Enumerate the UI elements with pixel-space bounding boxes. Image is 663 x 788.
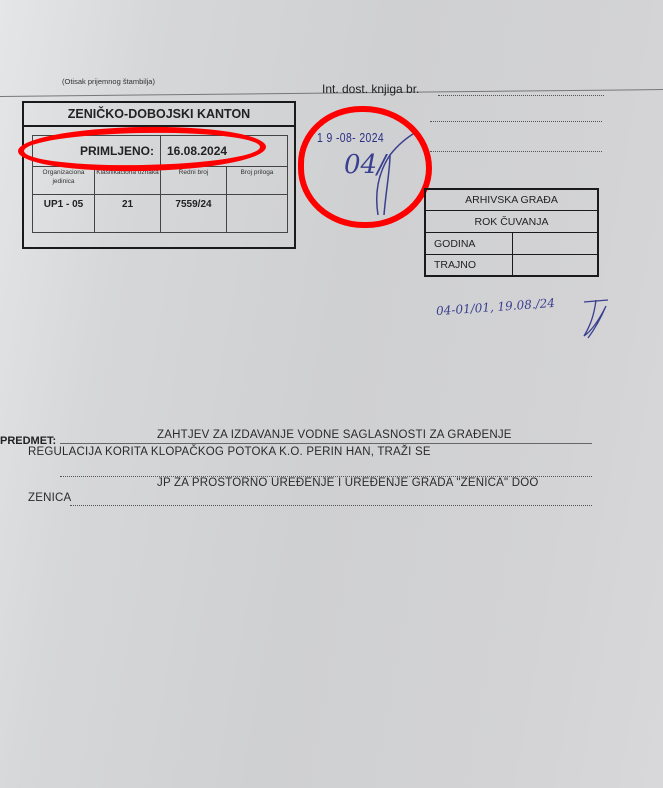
archive-row-label: GODINA — [434, 233, 475, 255]
stamp-column: Organizaciona jedinica UP1 - 05 — [33, 166, 95, 233]
column-value: 7559/24 — [161, 195, 226, 210]
stamp-column: Broj priloga — [227, 166, 287, 233]
handwritten-note: 04-01/01, 19.08./24 — [436, 296, 556, 318]
blank-line-2 — [430, 151, 602, 152]
receipt-stamp: ZENIČKO-DOBOJSKI KANTON PRIMLJENO: 16.08… — [22, 101, 296, 249]
stamp-column: Redni broj 7559/24 — [161, 166, 227, 233]
column-header: Broj priloga — [227, 166, 287, 195]
subject-line-4: ZENICA — [28, 492, 71, 504]
column-header: Redni broj — [161, 166, 226, 195]
subject-underline-3 — [70, 505, 592, 506]
subject-line-2: REGULACIJA KORITA KLOPAČKOG POTOKA K.O. … — [28, 446, 431, 458]
archive-row-trajno: TRAJNO — [426, 255, 597, 275]
int-dost-field — [438, 95, 604, 96]
subject-line-1: ZAHTJEV ZA IZDAVANJE VODNE SAGLASNOSTI Z… — [157, 429, 512, 441]
stamp-title: ZENIČKO-DOBOJSKI KANTON — [24, 103, 294, 127]
initials-signature-icon — [578, 296, 614, 342]
column-value — [227, 195, 287, 199]
archive-box: ARHIVSKA GRAĐA ROK ČUVANJA GODINA TRAJNO — [424, 188, 599, 277]
red-highlight-stamp — [298, 106, 432, 228]
subject-line-3: JP ZA PROSTORNO UREĐENJE I UREĐENJE GRAD… — [157, 477, 539, 489]
stamp-column: Klasifikaciona oznaka 21 — [95, 166, 161, 233]
archive-row-godina: GODINA — [426, 233, 597, 255]
subject-underline-1 — [60, 443, 592, 444]
int-dost-label: Int. dost. knjiga br. — [322, 82, 419, 96]
column-value: 21 — [95, 195, 160, 210]
archive-row-label: TRAJNO — [434, 255, 476, 275]
column-value: UP1 - 05 — [33, 195, 94, 210]
archive-title: ARHIVSKA GRAĐA — [426, 190, 597, 211]
archive-cell-divider — [512, 255, 513, 275]
archive-subtitle: ROK ČUVANJA — [426, 211, 597, 233]
stamp-caption: (Otisak prijemnog štambilja) — [62, 77, 155, 86]
column-header: Organizaciona jedinica — [33, 166, 94, 195]
archive-cell-divider — [512, 233, 513, 254]
blank-line-1 — [430, 121, 602, 122]
